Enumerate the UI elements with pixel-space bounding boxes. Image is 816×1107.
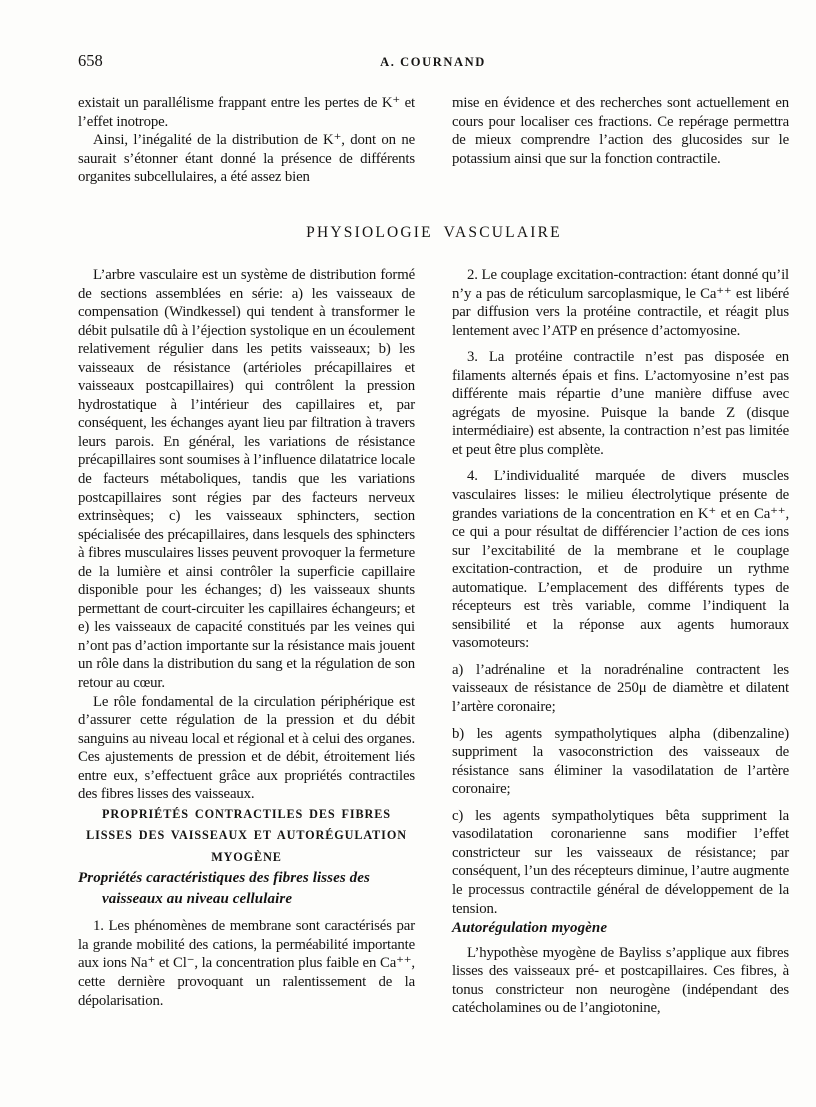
right-column: 2. Le couplage excitation-contraction: é… (452, 266, 789, 1018)
numbered-paragraph: 3. La protéine contractile n’est pas dis… (452, 348, 789, 459)
crosshead-cell-properties: Propriétés caractéristiques des fibres l… (78, 868, 415, 909)
page-header: 658 A. COURNAND (78, 52, 788, 74)
paragraph: mise en évidence et des recherches sont … (452, 94, 789, 168)
list-item: c) les agents sympatholytiques bêta supp… (452, 807, 789, 918)
document-page: 658 A. COURNAND existait un parallélisme… (0, 0, 816, 1107)
numbered-paragraph: 1. Les phénomènes de membrane sont carac… (78, 917, 415, 1010)
intro-left-column: existait un parallélisme frappant entre … (78, 94, 415, 187)
paragraph: L’hypothèse myogène de Bayliss s’appliqu… (452, 944, 789, 1018)
paragraph: Le rôle fondamental de la circulation pé… (78, 693, 415, 804)
running-head: A. COURNAND (78, 55, 788, 70)
intro-right-column: mise en évidence et des recherches sont … (452, 94, 789, 187)
section-title: PHYSIOLOGIE VASCULAIRE (78, 223, 790, 242)
list-item: b) les agents sympatholytiques alpha (di… (452, 725, 789, 799)
paragraph: L’arbre vasculaire est un système de dis… (78, 266, 415, 693)
main-section: L’arbre vasculaire est un système de dis… (78, 266, 790, 1018)
paragraph: Ainsi, l’inégalité de la distribution de… (78, 131, 415, 187)
list-item: a) l’adrénaline et la noradrénaline cont… (452, 661, 789, 717)
left-column: L’arbre vasculaire est un système de dis… (78, 266, 415, 1018)
intro-section: existait un parallélisme frappant entre … (78, 94, 790, 187)
numbered-paragraph: 4. L’individualité marquée de divers mus… (452, 467, 789, 652)
crosshead-myogenic-autoregulation: Autorégulation myogène (452, 918, 789, 939)
paragraph: existait un parallélisme frappant entre … (78, 94, 415, 131)
subsection-heading: PROPRIÉTÉS CONTRACTILES DES FIBRES LISSE… (78, 804, 415, 869)
numbered-paragraph: 2. Le couplage excitation-contraction: é… (452, 266, 789, 340)
